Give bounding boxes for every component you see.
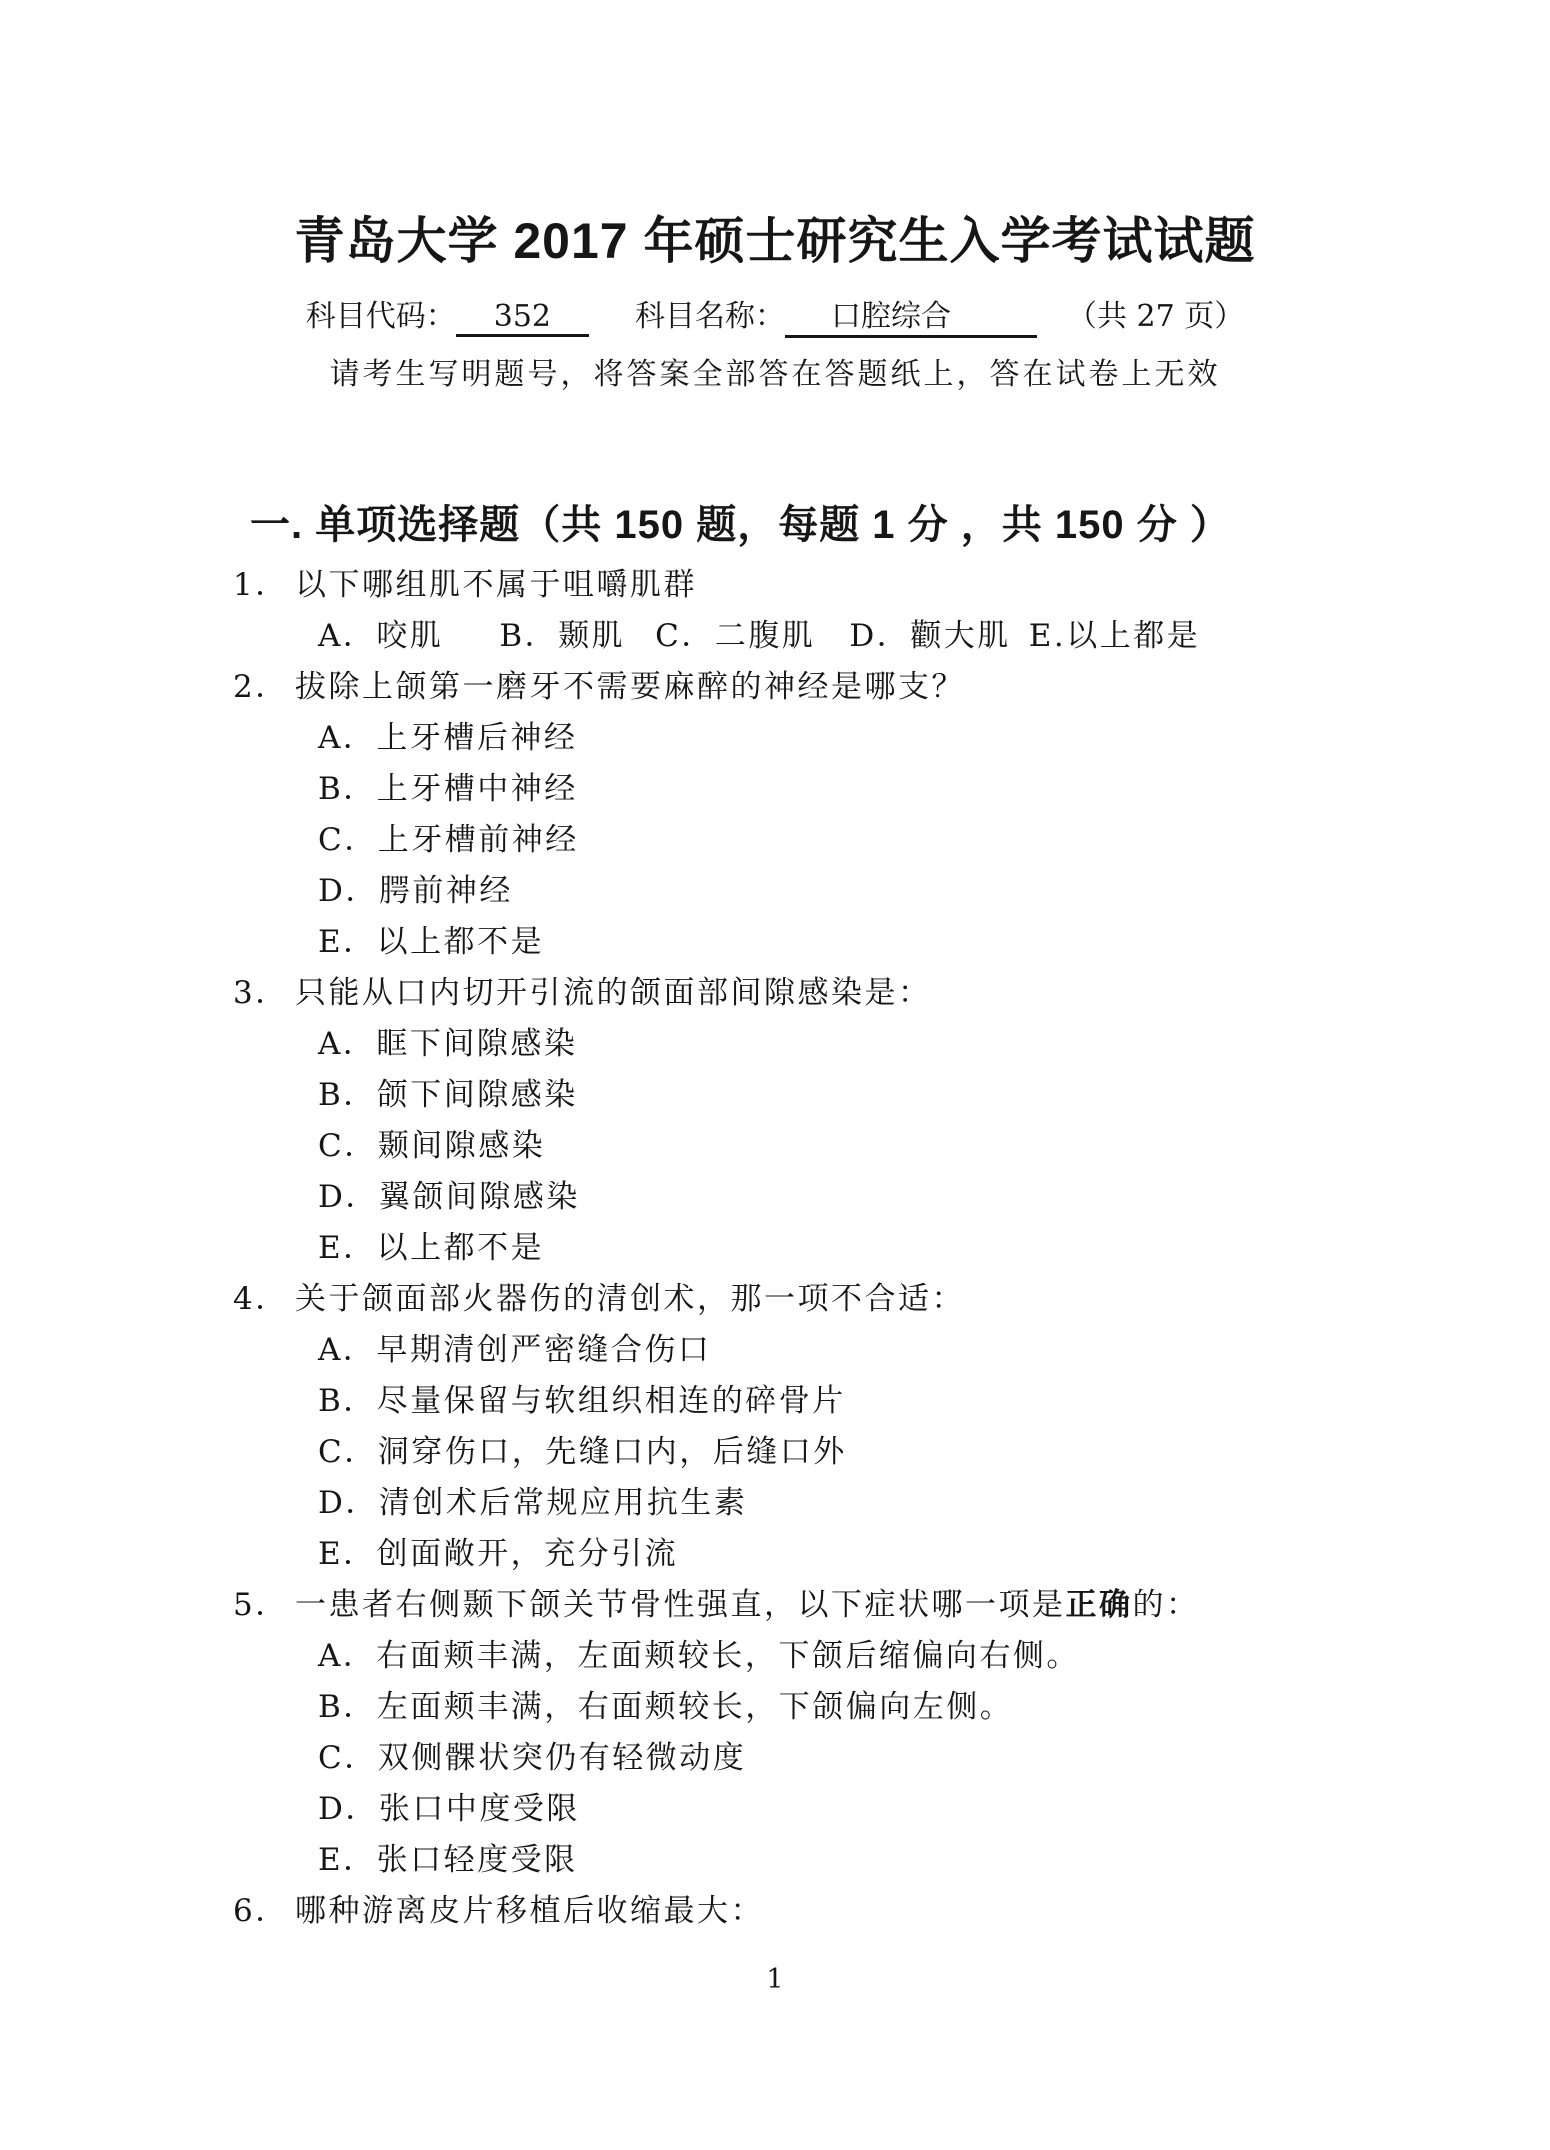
subject-line: 科目代码： 352 科目名称： 口腔综合 （共 27 页）	[0, 291, 1550, 338]
exam-paper-page: 青岛大学 2017 年硕士研究生入学考试试题 科目代码： 352 科目名称： 口…	[0, 0, 1550, 2150]
option-label: A．	[318, 1019, 376, 1070]
option-label: E．	[318, 917, 377, 968]
option-label: B．	[318, 1682, 377, 1733]
option-label: C．	[318, 815, 378, 866]
option-label: E.	[1029, 611, 1066, 662]
question-stem-part: 只能从口内切开引流的颌面部间隙感染是：	[295, 975, 932, 1011]
question-stem-part: 一患者右侧颞下颌关节骨性强直，以下症状哪一项是	[295, 1587, 1066, 1623]
option-text: 上牙槽中神经	[377, 771, 578, 807]
option-label: A．	[318, 713, 376, 764]
subject-code-label: 科目代码：	[306, 291, 456, 335]
option-item: C．二腹肌	[655, 611, 815, 662]
page-title: 青岛大学 2017 年硕士研究生入学考试试题	[0, 201, 1550, 273]
option-text: 左面颊丰满，右面颊较长，下颌偏向左侧。	[377, 1689, 1014, 1725]
option-text: 以上都是	[1066, 618, 1200, 654]
section-heading: 一. 单项选择题（共 150 题，每题 1 分 ，共 150 分 ）	[250, 493, 1231, 550]
option-line: D．张口中度受限	[233, 1784, 1520, 1835]
option-line: E．以上都不是	[233, 1223, 1520, 1274]
option-line: B．颌下间隙感染	[233, 1070, 1520, 1121]
option-text: 颌下间隙感染	[377, 1077, 578, 1113]
option-text: 张口中度受限	[379, 1791, 580, 1827]
option-line: A．右面颊丰满，左面颊较长，下颌后缩偏向右侧。	[233, 1631, 1520, 1682]
question-number: 5．	[233, 1580, 295, 1631]
option-label: D．	[318, 1478, 379, 1529]
option-line: C．洞穿伤口，先缝口内，后缝口外	[233, 1427, 1520, 1478]
option-text: 以上都不是	[377, 924, 545, 960]
option-label: D．	[849, 611, 910, 662]
page-number: 1	[0, 1964, 1550, 1995]
option-text: 早期清创严密缝合伤口	[376, 1332, 711, 1368]
inline-options-line: A．咬肌B．颞肌C．二腹肌D．颧大肌E.以上都是	[233, 611, 1520, 662]
option-label: C．	[318, 1121, 378, 1172]
option-item: B．颞肌	[499, 611, 625, 662]
option-text: 颞肌	[558, 618, 625, 654]
question-stem: 一患者右侧颞下颌关节骨性强直，以下症状哪一项是正确的：	[295, 1587, 1200, 1623]
question-stem-part: 拔除上颌第一磨牙不需要麻醉的神经是哪支？	[295, 669, 965, 705]
option-line: E．以上都不是	[233, 917, 1520, 968]
option-line: B．上牙槽中神经	[233, 764, 1520, 815]
question-number: 2．	[233, 662, 295, 713]
question-number: 6．	[233, 1886, 295, 1937]
option-text: 尽量保留与软组织相连的碎骨片	[377, 1383, 846, 1419]
question-stem: 只能从口内切开引流的颌面部间隙感染是：	[295, 975, 932, 1011]
option-text: 创面敞开，充分引流	[377, 1536, 679, 1572]
subject-code-value: 352	[456, 299, 589, 337]
question-stem: 关于颌面部火器伤的清创术，那一项不合适：	[295, 1281, 965, 1317]
question-list: 1．以下哪组肌不属于咀嚼肌群A．咬肌B．颞肌C．二腹肌D．颧大肌E.以上都是2．…	[233, 560, 1520, 1937]
option-label: B．	[318, 1376, 377, 1427]
option-line: C．双侧髁状突仍有轻微动度	[233, 1733, 1520, 1784]
total-pages-note: （共 27 页）	[1067, 291, 1244, 335]
option-line: C．上牙槽前神经	[233, 815, 1520, 866]
question-stem-part: 的：	[1133, 1587, 1200, 1623]
option-text: 颞间隙感染	[378, 1128, 546, 1164]
question-stem-bold: 正确	[1066, 1587, 1133, 1623]
option-text: 张口轻度受限	[377, 1842, 578, 1878]
option-label: D．	[318, 1784, 379, 1835]
question-stem: 哪种游离皮片移植后收缩最大：	[295, 1893, 764, 1929]
option-line: E．创面敞开，充分引流	[233, 1529, 1520, 1580]
question-line: 2．拔除上颌第一磨牙不需要麻醉的神经是哪支？	[233, 662, 1520, 713]
option-text: 翼颌间隙感染	[379, 1179, 580, 1215]
option-line: A．早期清创严密缝合伤口	[233, 1325, 1520, 1376]
question-line: 4．关于颌面部火器伤的清创术，那一项不合适：	[233, 1274, 1520, 1325]
question-stem-part: 以下哪组肌不属于咀嚼肌群	[295, 567, 697, 603]
option-line: E．张口轻度受限	[233, 1835, 1520, 1886]
option-text: 以上都不是	[377, 1230, 545, 1266]
option-label: B．	[318, 1070, 377, 1121]
option-label: C．	[655, 611, 715, 662]
option-text: 咬肌	[376, 618, 443, 654]
answer-sheet-notice: 请考生写明题号，将答案全部答在答题纸上，答在试卷上无效	[0, 349, 1550, 393]
option-line: B．左面颊丰满，右面颊较长，下颌偏向左侧。	[233, 1682, 1520, 1733]
option-label: B．	[499, 611, 558, 662]
option-text: 眶下间隙感染	[376, 1026, 577, 1062]
question-number: 1．	[233, 560, 295, 611]
option-text: 洞穿伤口，先缝口内，后缝口外	[378, 1434, 847, 1470]
option-label: A．	[318, 1325, 376, 1376]
option-item: D．颧大肌	[849, 611, 1010, 662]
question-line: 1．以下哪组肌不属于咀嚼肌群	[233, 560, 1520, 611]
option-text: 颧大肌	[910, 618, 1011, 654]
question-stem: 以下哪组肌不属于咀嚼肌群	[295, 567, 697, 603]
option-line: D．腭前神经	[233, 866, 1520, 917]
option-label: B．	[318, 764, 377, 815]
question-line: 6．哪种游离皮片移植后收缩最大：	[233, 1886, 1520, 1937]
option-line: C．颞间隙感染	[233, 1121, 1520, 1172]
option-label: C．	[318, 1427, 378, 1478]
option-label: A．	[318, 611, 376, 662]
option-label: E．	[318, 1529, 377, 1580]
option-text: 右面颊丰满，左面颊较长，下颌后缩偏向右侧。	[376, 1638, 1080, 1674]
question-line: 3．只能从口内切开引流的颌面部间隙感染是：	[233, 968, 1520, 1019]
option-label: D．	[318, 866, 379, 917]
option-line: A．上牙槽后神经	[233, 713, 1520, 764]
option-line: D．翼颌间隙感染	[233, 1172, 1520, 1223]
option-label: C．	[318, 1733, 378, 1784]
option-text: 双侧髁状突仍有轻微动度	[378, 1740, 747, 1776]
option-label: E．	[318, 1835, 377, 1886]
option-line: A．眶下间隙感染	[233, 1019, 1520, 1070]
question-number: 3．	[233, 968, 295, 1019]
question-stem: 拔除上颌第一磨牙不需要麻醉的神经是哪支？	[295, 669, 965, 705]
question-number: 4．	[233, 1274, 295, 1325]
option-label: E．	[318, 1223, 377, 1274]
option-line: D．清创术后常规应用抗生素	[233, 1478, 1520, 1529]
option-item: E.以上都是	[1029, 611, 1200, 662]
option-line: B．尽量保留与软组织相连的碎骨片	[233, 1376, 1520, 1427]
subject-name-value: 口腔综合	[785, 291, 1037, 338]
option-text: 上牙槽后神经	[376, 720, 577, 756]
option-label: A．	[318, 1631, 376, 1682]
option-item: A．咬肌	[318, 611, 443, 662]
subject-name-label: 科目名称：	[635, 291, 785, 335]
option-text: 腭前神经	[379, 873, 513, 909]
option-text: 清创术后常规应用抗生素	[379, 1485, 748, 1521]
question-line: 5．一患者右侧颞下颌关节骨性强直，以下症状哪一项是正确的：	[233, 1580, 1520, 1631]
option-text: 上牙槽前神经	[378, 822, 579, 858]
option-label: D．	[318, 1172, 379, 1223]
option-text: 二腹肌	[715, 618, 816, 654]
question-stem-part: 哪种游离皮片移植后收缩最大：	[295, 1893, 764, 1929]
question-stem-part: 关于颌面部火器伤的清创术，那一项不合适：	[295, 1281, 965, 1317]
